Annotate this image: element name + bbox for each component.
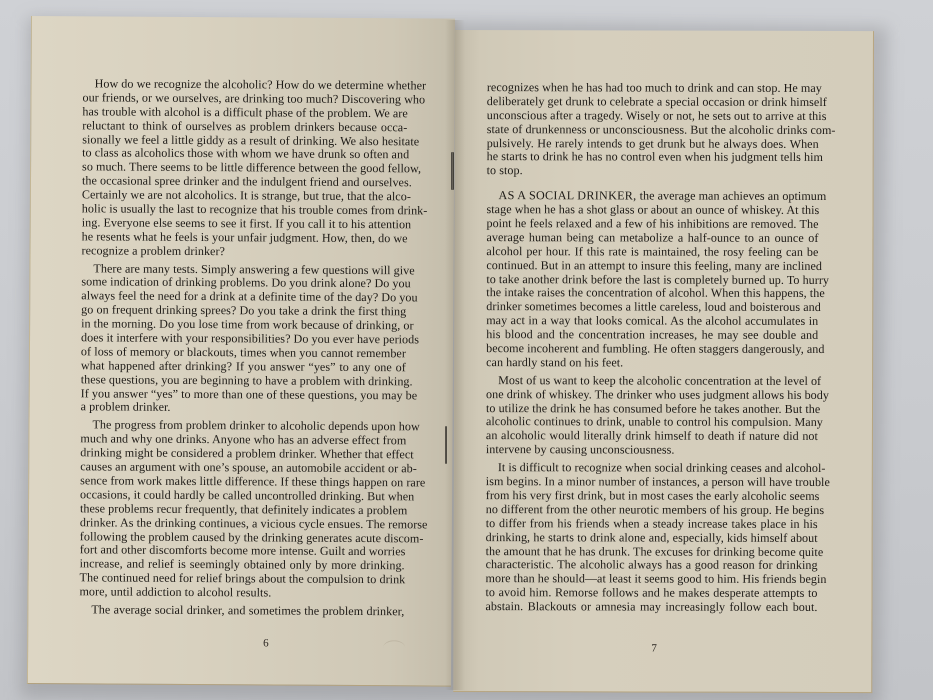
text-line: The average social drinker, and sometime… — [79, 603, 404, 619]
right-page: recognizes when he has had too much to d… — [453, 30, 874, 693]
paragraph: How do we recognize the alcoholic? How d… — [82, 77, 408, 260]
text-line: intervene by causing unconsciousness. — [486, 443, 818, 458]
paragraph: It is difficult to recognize when social… — [485, 461, 817, 615]
text-line: he starts to drink he has no control eve… — [487, 151, 819, 166]
page-number-right: 7 — [651, 643, 657, 655]
text-line: a problem drinker. — [81, 401, 406, 417]
paragraph: The progress from problem drinker to alc… — [79, 419, 405, 602]
text-line: recognize a problem drinker? — [82, 244, 407, 260]
text-line: more, until addiction to alcohol results… — [79, 585, 404, 601]
section-lead-in: AS A SOCIAL DRINKER, — [499, 188, 637, 202]
text-line: can hardly stand on his feet. — [486, 356, 818, 371]
paragraph: AS A SOCIAL DRINKER, the average man ach… — [486, 189, 818, 370]
left-page: How do we recognize the alcoholic? How d… — [27, 16, 455, 687]
paragraph: There are many tests. Simply answering a… — [81, 262, 407, 417]
paper-stain — [383, 640, 405, 655]
page-number-left: 6 — [263, 637, 269, 649]
text-line: abstain. Blackouts or amnesia may increa… — [485, 600, 817, 615]
right-page-body: recognizes when he has had too much to d… — [485, 81, 818, 615]
paragraph: recognizes when he has had too much to d… — [487, 81, 819, 179]
left-page-body: How do we recognize the alcoholic? How d… — [79, 77, 407, 619]
paragraph: The average social drinker, and sometime… — [79, 603, 404, 619]
paragraph: Most of us want to keep the alcoholic co… — [486, 374, 818, 458]
text-line: to stop. — [487, 164, 819, 179]
staple-bottom-icon — [445, 426, 447, 464]
staple-top-icon — [451, 152, 454, 190]
